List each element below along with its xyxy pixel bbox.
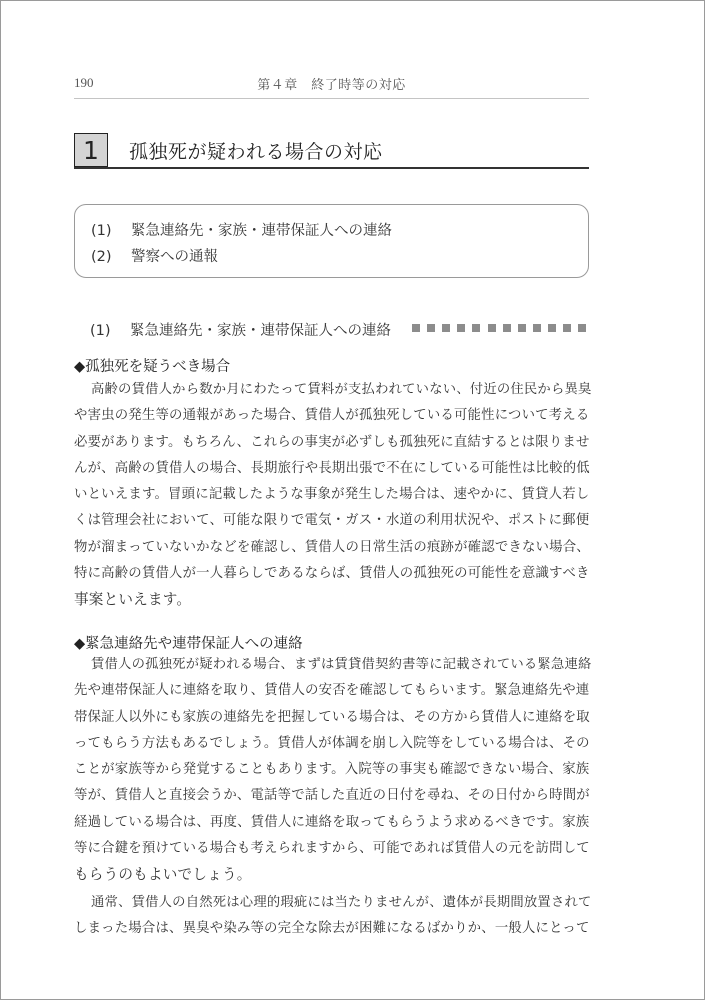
text-line: 帯保証人以外にも家族の連絡先を把握している場合は、その方から賃借人に連絡を取 <box>74 705 589 731</box>
running-head: 190 第４章 終了時等の対応 <box>74 73 589 93</box>
text-line: もらうのもよいでしょう。 <box>74 862 589 888</box>
text-line: ってもらう方法もあるでしょう。賃借人が体調を崩し入院等をしている場合は、その <box>74 731 589 757</box>
text-line: くは管理会社において、可能な限りで電気・ガス・水道の利用状況や、ポストに郵便 <box>74 508 589 534</box>
square-icon <box>412 324 420 332</box>
square-icon <box>563 324 571 332</box>
paragraph: 賃借人の孤独死が疑われる場合、まずは賃貸借契約書等に記載されている緊急連絡先や連… <box>74 652 589 889</box>
square-icon <box>578 324 586 332</box>
section-title: 孤独死が疑われる場合の対応 <box>129 137 383 164</box>
text-line: 先や連帯保証人に連絡を取り、賃借人の安否を確認してもらいます。緊急連絡先や連 <box>74 678 589 704</box>
text-line: 特に高齢の賃借人が一人暮らしであるならば、賃借人の孤独死の可能性を意識すべき <box>74 561 589 587</box>
text-line: 等に合鍵を預けている場合も考えられますから、可能であれば賃借人の元を訪問して <box>74 836 589 862</box>
subsection-number: (1) <box>90 323 130 339</box>
text-line: 必要があります。もちろん、これらの事実が必ずしも孤独死に直結するとは限りませ <box>74 430 589 456</box>
square-icon <box>518 324 526 332</box>
toc-item-label: 緊急連絡先・家族・連帯保証人への連絡 <box>131 223 392 239</box>
section-underline <box>74 167 589 169</box>
square-icon <box>533 324 541 332</box>
square-icon <box>472 324 480 332</box>
text-line: しまった場合は、異臭や染み等の完全な除去が困難になるばかりか、一般人にとって <box>74 916 589 942</box>
paragraph: 通常、賃借人の自然死は心理的瑕疵には当たりませんが、遺体が長期間放置されてしまっ… <box>74 890 589 943</box>
text-line: んが、高齢の賃借人の場合、長期旅行や長期出張で不在にしている可能性は比較的低 <box>74 456 589 482</box>
toc-item-number: (2) <box>91 249 131 265</box>
square-icon <box>548 324 556 332</box>
text-line: 経過している場合は、再度、賃借人に連絡を取ってもらうよう求めるべきです。家族 <box>74 810 589 836</box>
text-line: 高齢の賃借人から数か月にわたって賃料が支払われていない、付近の住民から異臭 <box>74 377 589 403</box>
text-line: 通常、賃借人の自然死は心理的瑕疵には当たりませんが、遺体が長期間放置されて <box>74 890 589 916</box>
toc-item: (2)警察への通報 <box>91 245 218 266</box>
text-line: いといえます。冒頭に記載したような事象が発生した場合は、速やかに、賃貸人若し <box>74 482 589 508</box>
section-contents-box: (1)緊急連絡先・家族・連帯保証人への連絡 (2)警察への通報 <box>74 204 589 278</box>
toc-item-label: 警察への通報 <box>131 249 218 265</box>
square-icon <box>488 324 496 332</box>
subsection-heading: (1)緊急連絡先・家族・連帯保証人への連絡 <box>90 319 589 340</box>
text-line: 物が溜まっていないかなどを確認し、賃借人の日常生活の痕跡が確認できない場合、 <box>74 535 589 561</box>
topic-heading: ◆緊急連絡先や連帯保証人への連絡 <box>74 632 303 653</box>
topic-heading: ◆孤独死を疑うべき場合 <box>74 355 230 376</box>
paragraph: 高齢の賃借人から数か月にわたって賃料が支払われていない、付近の住民から異臭や害虫… <box>74 377 589 614</box>
toc-item-number: (1) <box>91 223 131 239</box>
square-icon <box>427 324 435 332</box>
square-icon <box>503 324 511 332</box>
toc-item: (1)緊急連絡先・家族・連帯保証人への連絡 <box>91 219 392 240</box>
text-line: や害虫の発生等の通報があった場合、賃借人が孤独死している可能性について考える <box>74 403 589 429</box>
text-line: 事案といえます。 <box>74 587 589 613</box>
text-line: 等が、賃借人と直接会うか、電話等で話した直近の日付を尋ね、その日付から時間が <box>74 783 589 809</box>
subsection-title: 緊急連絡先・家族・連帯保証人への連絡 <box>130 323 391 339</box>
document-page: 190 第４章 終了時等の対応 1 孤独死が疑われる場合の対応 (1)緊急連絡先… <box>0 0 705 1000</box>
section-heading: 1 孤独死が疑われる場合の対応 <box>74 133 589 169</box>
chapter-title: 第４章 終了時等の対応 <box>74 74 589 93</box>
text-line: ことが家族等から発覚することもあります。入院等の事実も確認できない場合、家族 <box>74 757 589 783</box>
text-line: 賃借人の孤独死が疑われる場合、まずは賃貸借契約書等に記載されている緊急連絡 <box>74 652 589 678</box>
header-divider <box>74 98 589 99</box>
square-icon <box>442 324 450 332</box>
section-number-box: 1 <box>74 133 108 167</box>
square-icon <box>457 324 465 332</box>
